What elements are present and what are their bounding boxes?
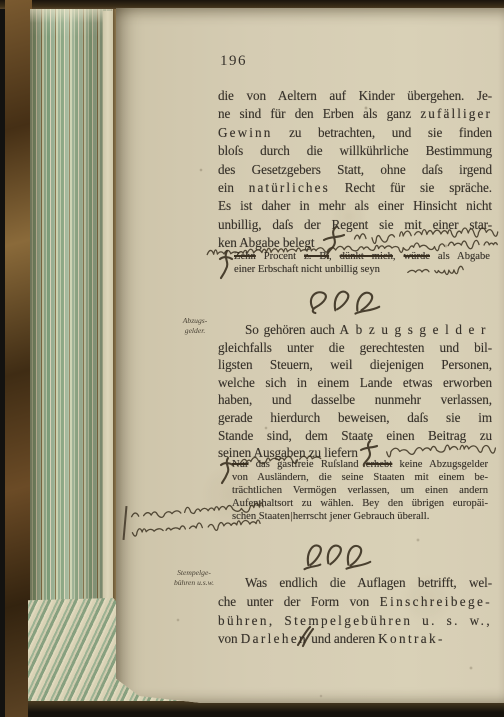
margin-note-line: gelder. <box>185 326 205 335</box>
margin-note-abzugsgelder: Abzugs- gelder. <box>172 316 218 336</box>
text-line: trächtlichen Vermögen verlassen, um eine… <box>232 484 488 497</box>
text-segment: keine Abzugsgelder <box>392 459 488 470</box>
text-line: gleichfalls unter die gerechtesten und b… <box>218 339 492 357</box>
book-page-scan: 196 die von Aeltern auf Kinder übergehen… <box>0 0 504 717</box>
text-line: Aufenthaltsort zu wählen. Bey den übrige… <box>232 497 488 510</box>
text-line: ein natürliches Recht für sie spräche. <box>218 179 492 197</box>
footnote-2: Nur das gastfreie Ruſsland erhebt keine … <box>232 458 488 523</box>
handwritten-interline-hatt-nur <box>238 451 322 468</box>
text-segment: Was endlich die Auflagen betrifft, wel- <box>245 575 492 590</box>
text-segment: welche sich in einem Lande etwas erworbe… <box>218 375 492 390</box>
text-segment: Aufenthaltsort zu wählen. Bey den übrige… <box>232 498 488 509</box>
margin-note-line: bühren u.s.w. <box>174 578 214 587</box>
text-segment: gleichfalls unter die gerechtesten und b… <box>218 340 492 355</box>
text-segment: So gehören auch <box>245 322 340 337</box>
text-segment: ein <box>218 180 249 195</box>
text-line: So gehören auch Abzugsgelder <box>218 321 492 339</box>
text-segment: gerade hierdurch beweisen, daſs sie im <box>218 410 492 425</box>
text-segment: und anderen <box>308 631 378 646</box>
handwritten-flourish-mid-2 <box>299 537 376 574</box>
book-cover-edge <box>5 0 32 717</box>
text-segment: haben, und dasselbe nunmehr verlassen, <box>218 392 492 407</box>
text-line: Es ist daher in mehr als einer Hinsicht … <box>218 197 492 215</box>
margin-note-stempelgebuehren: Stempelge- bühren u.s.w. <box>168 568 220 588</box>
text-segment: herrscht jener Gebrauch überall. <box>293 511 429 522</box>
text-segment: zu betrachten, und sie finden <box>272 125 492 140</box>
text-line: Gewinn zu betrachten, und sie finden <box>218 124 492 142</box>
text-segment: zufälliger <box>420 106 492 121</box>
text-segment: des Gesetzgebers Statt, ohne daſs irgend <box>218 162 492 177</box>
text-line: von Darlehen und anderen Kontrak- <box>218 630 492 649</box>
text-line: schen Staaten|herrscht jener Gebrauch üb… <box>232 510 488 523</box>
page-number: 196 <box>220 53 247 70</box>
text-segment: von <box>218 631 241 646</box>
paragraph-3: Was endlich die Auflagen betrifft, wel-c… <box>218 574 492 649</box>
text-segment: einer Erbschaft nicht unbillig seyn <box>234 264 380 275</box>
handwritten-footnote2-marker <box>219 456 235 484</box>
text-segment: ligsten Steuern, weil diejenigen Persone… <box>218 357 492 372</box>
text-segment: Recht für sie spräche. <box>330 180 492 195</box>
text-line: von Ausländern, die seine Staaten mit ei… <box>232 471 488 484</box>
book-bottom-shadow <box>28 701 504 717</box>
text-segment: Einschreibege- <box>380 594 492 609</box>
text-line: bühren, Stempelgebühren u. s. w., <box>218 612 492 631</box>
handwritten-footnote1-marker <box>218 249 234 279</box>
text-line: ligsten Steuern, weil diejenigen Persone… <box>218 356 492 374</box>
text-segment: bühren, Stempelgebühren u. s. w., <box>218 613 492 628</box>
text-line: des Gesetzgebers Statt, ohne daſs irgend <box>218 161 492 179</box>
text-line: che unter der Form von Einschreibege- <box>218 593 492 612</box>
margin-note-line: Abzugs- <box>183 316 207 325</box>
text-line: welche sich in einem Lande etwas erworbe… <box>218 374 492 392</box>
text-line: bloſs durch die willkührliche Bestimmung <box>218 142 492 160</box>
text-line: Was endlich die Auflagen betrifft, wel- <box>218 574 492 593</box>
text-segment: ne sind für den Erben als ganz <box>218 106 420 121</box>
text-segment: che unter der Form von <box>218 594 380 609</box>
handwritten-flourish-mid-1 <box>303 285 386 318</box>
text-segment: Es ist daher in mehr als einer Hinsicht … <box>218 198 492 213</box>
text-line: haben, und dasselbe nunmehr verlassen, <box>218 391 492 409</box>
text-segment: die von Aeltern auf Kinder übergehen. Je… <box>218 88 492 103</box>
handwritten-flourish-after-liefern <box>358 438 380 466</box>
text-segment: Gewinn <box>218 125 272 140</box>
text-segment: natürliches <box>249 180 330 195</box>
handwritten-word-after-seyn <box>402 262 468 278</box>
text-segment: von Ausländern, die seine Staaten mit ei… <box>232 472 488 483</box>
text-segment: Abzugsgelder <box>340 322 492 337</box>
text-segment: trächtlichen Vermögen verlassen, um eine… <box>232 485 488 496</box>
text-segment: bloſs durch die willkührliche Bestimmung <box>218 143 492 158</box>
text-line: die von Aeltern auf Kinder übergehen. Je… <box>218 87 492 105</box>
text-segment: Kontrak- <box>378 631 445 646</box>
text-line: gerade hierdurch beweisen, daſs sie im <box>218 409 492 427</box>
margin-note-line: Stempelge- <box>177 568 211 577</box>
handwritten-darlehen-correction <box>294 624 316 648</box>
text-line: ne sind für den Erben als ganz zufällige… <box>218 105 492 123</box>
book-top-edge <box>0 0 504 9</box>
